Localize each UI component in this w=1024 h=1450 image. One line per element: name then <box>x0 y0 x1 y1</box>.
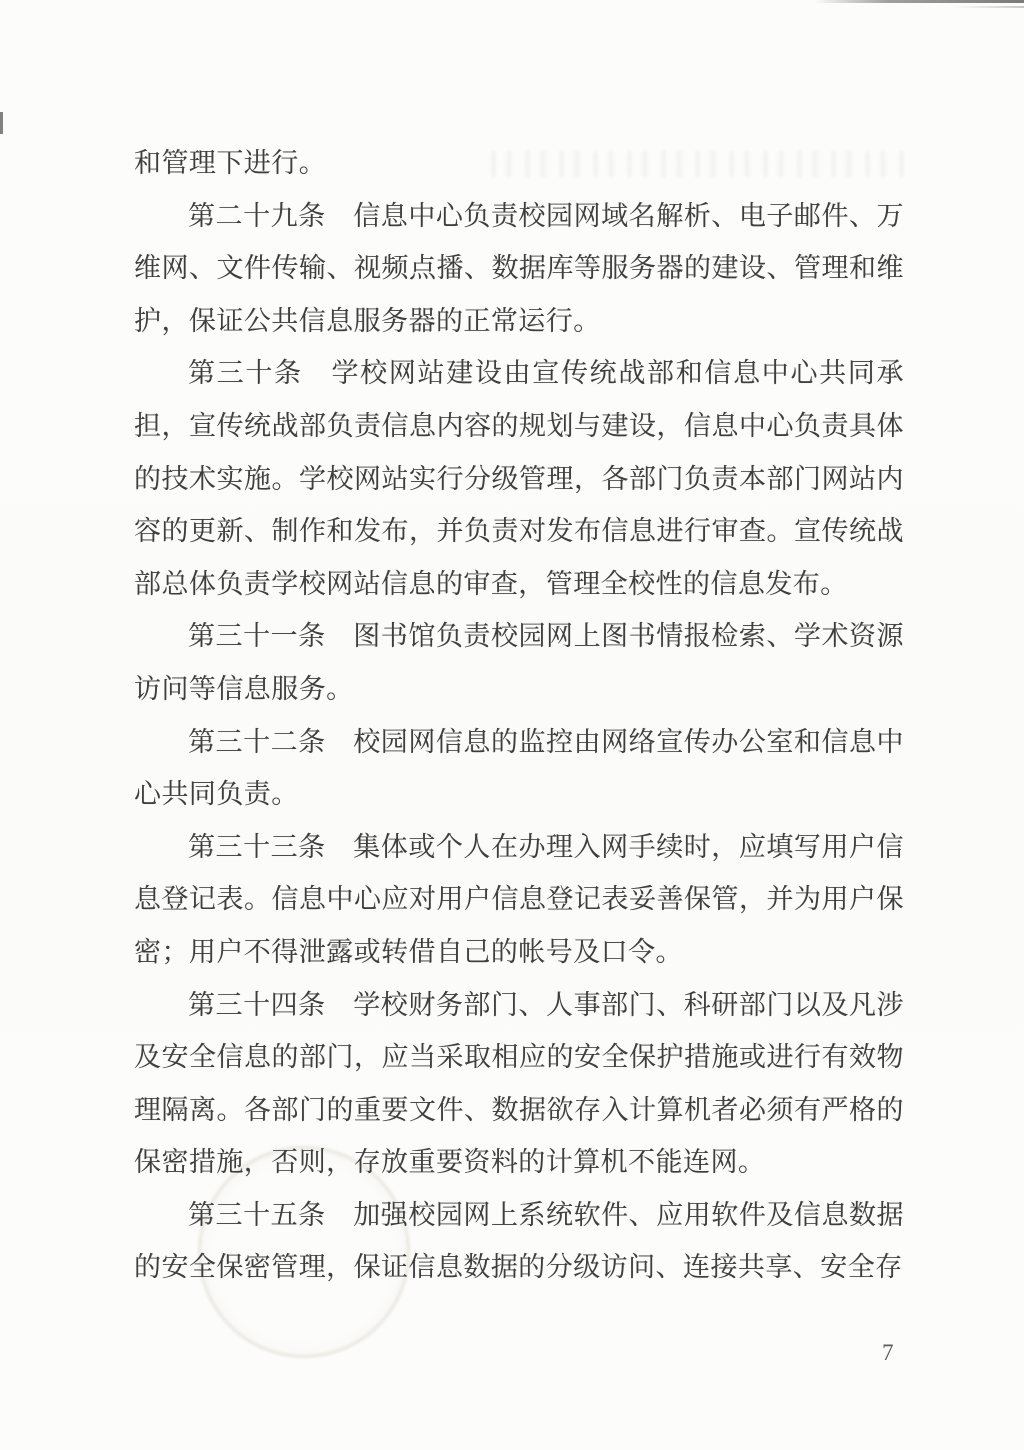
document-paragraph-article-34: 第三十四条 学校财务部门、人事部门、科研部门以及凡涉及安全信息的部门，应当采取相… <box>134 979 904 1189</box>
document-paragraph-article-31: 第三十一条 图书馆负责校园网上图书情报检索、学术资源访问等信息服务。 <box>134 610 904 715</box>
document-paragraph-continuation: 和管理下进行。 <box>134 137 904 190</box>
document-paragraph-article-35: 第三十五条 加强校园网上系统软件、应用软件及信息数据的安全保密管理，保证信息数据… <box>134 1189 904 1294</box>
document-paragraph-article-29: 第二十九条 信息中心负责校园网域名解析、电子邮件、万维网、文件传输、视频点播、数… <box>134 190 904 348</box>
scan-artifact-left-edge <box>0 112 3 134</box>
scanned-document-page: 和管理下进行。 第二十九条 信息中心负责校园网域名解析、电子邮件、万维网、文件传… <box>0 0 1024 1450</box>
scan-artifact-top-edge <box>814 0 1024 3</box>
document-paragraph-article-30: 第三十条 学校网站建设由宣传统战部和信息中心共同承担，宣传统战部负责信息内容的规… <box>134 347 904 610</box>
document-paragraph-article-32: 第三十二条 校园网信息的监控由网络宣传办公室和信息中心共同负责。 <box>134 716 904 821</box>
scan-artifact-top-edge-secondary <box>954 6 1024 8</box>
page-number: 7 <box>882 1340 894 1366</box>
document-body: 和管理下进行。 第二十九条 信息中心负责校园网域名解析、电子邮件、万维网、文件传… <box>134 137 904 1294</box>
document-paragraph-article-33: 第三十三条 集体或个人在办理入网手续时，应填写用户信息登记表。信息中心应对用户信… <box>134 821 904 979</box>
